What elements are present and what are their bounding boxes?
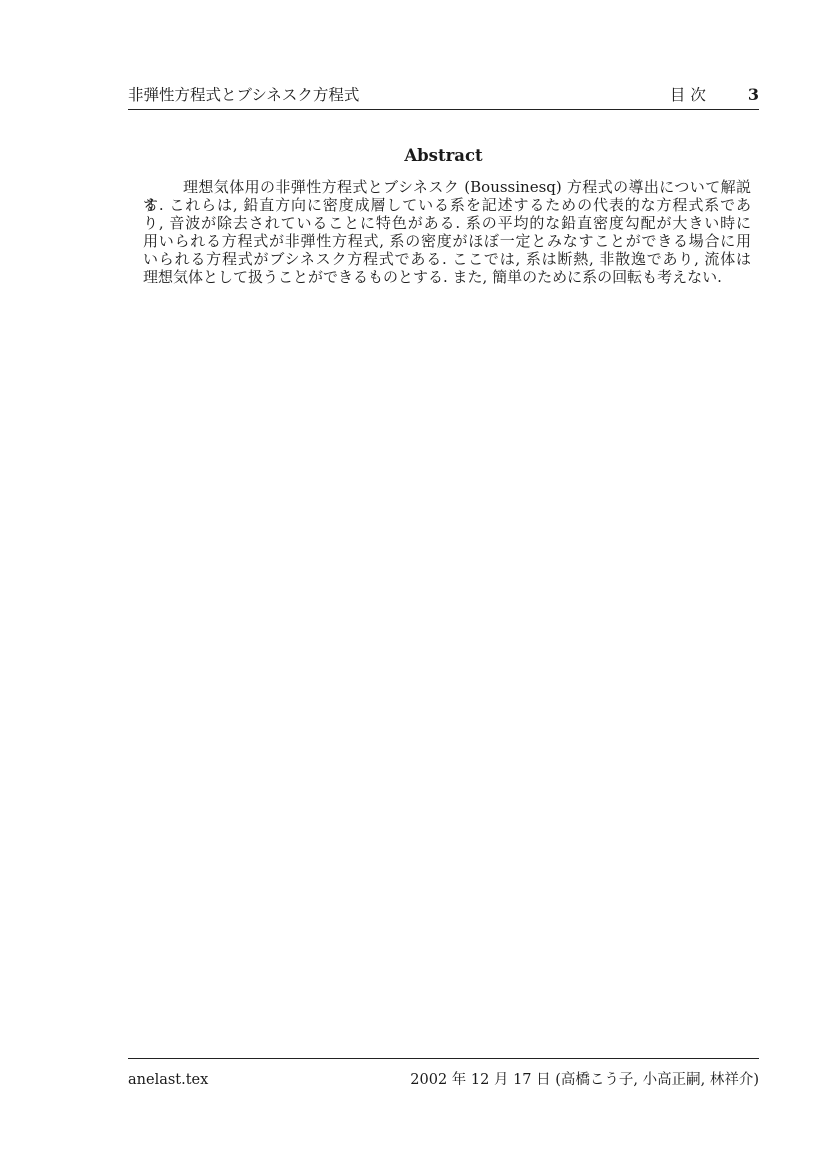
footer-filename: anelast.tex — [128, 1072, 208, 1088]
running-head-right: 目 次 3 — [670, 86, 759, 104]
abstract-line: いられる方程式がブシネスク方程式である. ここでは, 系は断熱, 非散逸であり,… — [143, 250, 751, 268]
abstract-heading: Abstract — [128, 146, 759, 165]
abstract-body: 理想気体用の非弾性方程式とブシネスク (Boussinesq) 方程式の導出につ… — [143, 178, 751, 286]
footer-date-authors: 2002 年 12 月 17 日 (高橋こう子, 小高正嗣, 林祥介) — [410, 1068, 759, 1089]
document-page: 非弾性方程式とブシネスク方程式 目 次 3 Abstract 理想気体用の非弾性… — [0, 0, 826, 1169]
page-footer: anelast.tex 2002 年 12 月 17 日 (高橋こう子, 小高正… — [128, 1058, 759, 1089]
running-head-section: 目 次 — [670, 86, 706, 104]
running-head-title: 非弾性方程式とブシネスク方程式 — [128, 86, 359, 104]
abstract-line: り, 音波が除去されていることに特色がある. 系の平均的な鉛直密度勾配が大きい時… — [143, 214, 751, 232]
page-number: 3 — [748, 86, 759, 104]
abstract-line: 理想気体用の非弾性方程式とブシネスク (Boussinesq) 方程式の導出につ… — [143, 178, 751, 196]
abstract-line: 理想気体として扱うことができるものとする. また, 簡単のために系の回転も考えな… — [143, 268, 751, 286]
abstract-line: る. これらは, 鉛直方向に密度成層している系を記述するための代表的な方程式系で… — [143, 196, 751, 214]
abstract-line: 用いられる方程式が非弾性方程式, 系の密度がほぼ一定とみなすことができる場合に用 — [143, 232, 751, 250]
page-header: 非弾性方程式とブシネスク方程式 目 次 3 — [128, 86, 759, 110]
